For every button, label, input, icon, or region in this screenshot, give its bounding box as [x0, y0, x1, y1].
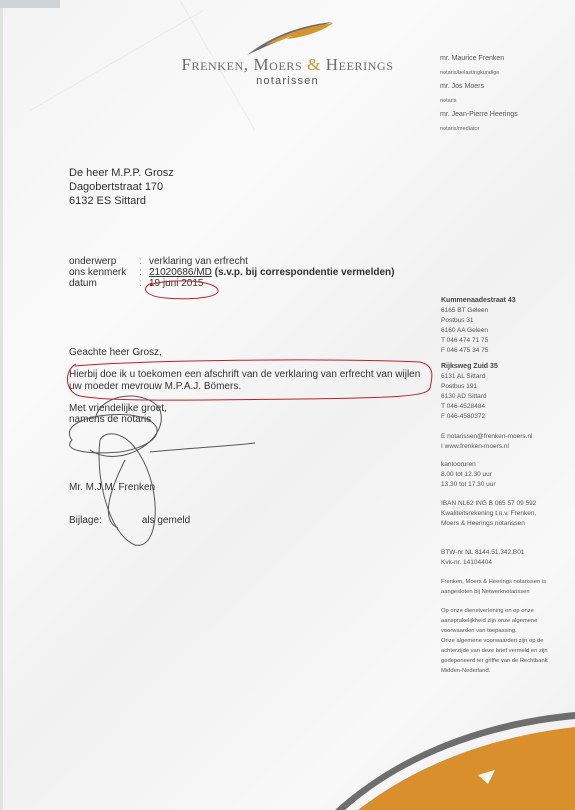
body-paragraph: Hierbij doe ik u toekomen een afschrift …	[69, 369, 429, 393]
office-street: Rijksweg Zuid 35	[441, 362, 498, 372]
office-geleen: Kummenaadestraat 43 6165 BT Geleen Postb…	[441, 296, 516, 356]
hours-label: kantooruren	[441, 460, 496, 470]
office-line: Postbus 191	[441, 382, 498, 392]
firm-subtitle: notarissen	[160, 75, 415, 87]
footer-note-line: Midden-Nederland.	[441, 666, 548, 676]
date-row: datum : 19 juni 2015	[69, 278, 394, 289]
footer-note-line: voorwaarden van toepassing.	[441, 626, 548, 636]
date-value: 19 juni 2015	[149, 278, 204, 289]
partner-name: mr. Jean-Pierre Heerings	[440, 108, 518, 122]
addressee-block: De heer M.P.P. Grosz Dagobertstraat 170 …	[69, 166, 174, 208]
office-sittard: Rijksweg Zuid 35 6131 AL Sittard Postbus…	[441, 362, 498, 422]
footer-note-line: aansprakelijkheid zijn onze algemene	[441, 616, 548, 626]
firm-name-part1: Frenken, Moers	[181, 55, 307, 74]
office-street: Kummenaadestraat 43	[441, 296, 516, 306]
office-line: 6131 AL Sittard	[441, 372, 498, 382]
enclosure-row: Bijlage:als gemeld	[69, 515, 190, 526]
reference-note: (s.v.p. bij correspondentie vermelden)	[215, 267, 395, 278]
reference-row: ons kenmerk : 21020686/MD (s.v.p. bij co…	[69, 267, 394, 278]
bank-line: Kwaliteitsrekening t.n.v. Frenken,	[441, 509, 536, 519]
hours-line: 13.30 tot 17.30 uur	[441, 480, 496, 490]
partner-role: notaris/belastingkundige	[440, 66, 518, 80]
partner-role: notaris/mediator	[440, 122, 518, 136]
partner-name: mr. Maurice Frenken	[440, 52, 518, 66]
addressee-name: De heer M.P.P. Grosz	[69, 166, 174, 180]
closing-line: Met vriendelijke groet,	[69, 403, 429, 414]
firm-name: Frenken, Moers & Heerings	[160, 55, 415, 75]
contact-block: E notarissen@frenken-moers.nl I www.fren…	[441, 432, 533, 452]
footer-note-line: Onze algemene voorwaarden zijn op de	[441, 636, 548, 646]
office-line: Postbus 31	[441, 316, 516, 326]
footer-note-line: gedeponeerd ter griffie van de Rechtbank	[441, 656, 548, 666]
kvk-number: Kvk-nr. 14104404	[441, 558, 524, 568]
office-line: 6160 AA Geleen	[441, 326, 516, 336]
office-line: F 046 475 34 75	[441, 346, 516, 356]
closing-line: namens de notaris	[69, 414, 429, 425]
date-label: datum	[69, 278, 139, 289]
firm-name-part2: Heerings	[321, 55, 394, 74]
office-line: F 046-4580372	[441, 412, 498, 422]
office-line: 6130 AD Sittard	[441, 392, 498, 402]
website-link[interactable]: I www.frenken-moers.nl	[441, 442, 533, 452]
bank-line: Moers & Heerings notarissen	[441, 519, 536, 529]
feather-quill-icon	[245, 17, 335, 57]
office-line: 6165 BT Geleen	[441, 306, 516, 316]
enclosure-value: als gemeld	[142, 515, 190, 526]
banking-block: IBAN NL62 ING B 065 57 09 592 Kwaliteits…	[441, 499, 536, 529]
scan-corner	[0, 0, 60, 8]
terms-note: Op onze dienstverlening en op onze aansp…	[441, 606, 548, 676]
separator: :	[139, 278, 149, 289]
signer-name: Mr. M.J.M. Frenken	[69, 482, 155, 493]
subject-label: onderwerp	[69, 256, 139, 267]
registration-block: BTW-nr NL 8144.51.342.B01 Kvk-nr. 141044…	[441, 548, 524, 568]
partner-role: notaris	[440, 94, 518, 108]
letter-meta: onderwerp : verklaring van erfrecht ons …	[69, 256, 394, 289]
partners-list: mr. Maurice Frenken notaris/belastingkun…	[440, 52, 518, 136]
footer-note-line: aangesloten bij Netwerknotarissen	[441, 587, 546, 597]
separator: :	[139, 256, 149, 267]
hours-line: 8.00 tot 12.30 uur	[441, 470, 496, 480]
scan-edge	[0, 0, 3, 810]
salutation: Geachte heer Grosz,	[69, 347, 429, 359]
partner-name: mr. Jos Moers	[440, 80, 518, 94]
office-line: T 046 474 71 75	[441, 336, 516, 346]
subject-row: onderwerp : verklaring van erfrecht	[69, 256, 394, 267]
network-note: Frenken, Moers & Heerings notarissen is …	[441, 577, 546, 597]
iban: IBAN NL62 ING B 065 57 09 592	[441, 499, 536, 509]
reference-label: ons kenmerk	[69, 267, 139, 278]
office-line: T 046-4528484	[441, 402, 498, 412]
office-hours: kantooruren 8.00 tot 12.30 uur 13.30 tot…	[441, 460, 496, 490]
footer-note-line: achterzijde van deze brief vermeld en zi…	[441, 646, 548, 656]
footer-note-line: Op onze dienstverlening en op onze	[441, 606, 548, 616]
vat-number: BTW-nr NL 8144.51.342.B01	[441, 548, 524, 558]
subject-value: verklaring van erfrecht	[149, 256, 248, 267]
email-link[interactable]: E notarissen@frenken-moers.nl	[441, 432, 533, 442]
separator: :	[139, 267, 149, 278]
addressee-city: 6132 ES Sittard	[69, 194, 174, 208]
reference-value: 21020686/MD	[149, 267, 212, 278]
letter-body: Geachte heer Grosz, Hierbij doe ik u toe…	[69, 347, 429, 425]
firm-name-ampersand: &	[307, 55, 321, 74]
addressee-street: Dagobertstraat 170	[69, 180, 174, 194]
footer-note-line: Frenken, Moers & Heerings notarissen is	[441, 577, 546, 587]
enclosure-label: Bijlage:	[69, 515, 102, 526]
